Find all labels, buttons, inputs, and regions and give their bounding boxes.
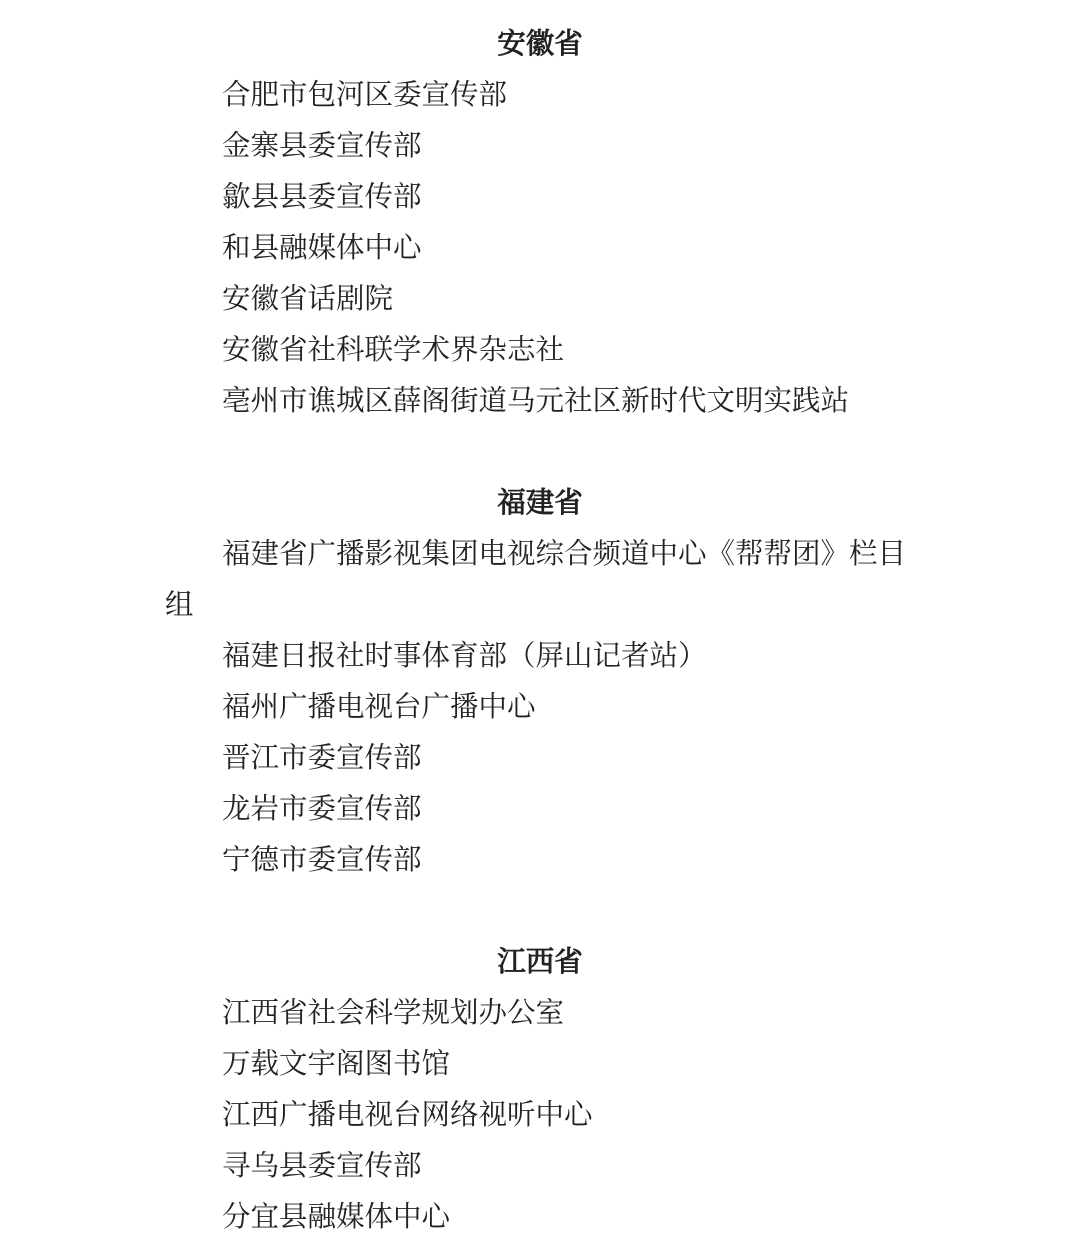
- organization-item: 歙县县委宣传部: [165, 172, 915, 223]
- province-heading: 福建省: [165, 478, 915, 529]
- organization-item: 亳州市谯城区薛阁街道马元社区新时代文明实践站: [165, 376, 915, 427]
- organization-item: 金寨县委宣传部: [165, 121, 915, 172]
- organization-item: 福建省广播影视集团电视综合频道中心《帮帮团》栏目组: [165, 529, 915, 631]
- organization-item: 合肥市包河区委宣传部: [165, 70, 915, 121]
- organization-item: 万载文宇阁图书馆: [165, 1039, 915, 1090]
- organization-item: 福建日报社时事体育部（屏山记者站）: [165, 631, 915, 682]
- organization-item: 福州广播电视台广播中心: [165, 682, 915, 733]
- organization-item: 和县融媒体中心: [165, 223, 915, 274]
- organization-item: 寻乌县委宣传部: [165, 1141, 915, 1192]
- province-heading: 江西省: [165, 937, 915, 988]
- organization-item: 安徽省话剧院: [165, 274, 915, 325]
- organization-item: 江西广播电视台网络视听中心: [165, 1090, 915, 1141]
- organization-item: 安徽省社科联学术界杂志社: [165, 325, 915, 376]
- organization-item: 晋江市委宣传部: [165, 733, 915, 784]
- organization-item: 分宜县融媒体中心: [165, 1192, 915, 1243]
- organization-item: 龙岩市委宣传部: [165, 784, 915, 835]
- organization-item: 江西省社会科学规划办公室: [165, 988, 915, 1039]
- document-page: 安徽省合肥市包河区委宣传部金寨县委宣传部歙县县委宣传部和县融媒体中心安徽省话剧院…: [0, 0, 1080, 1249]
- organization-item: 宁德市委宣传部: [165, 835, 915, 886]
- province-heading: 安徽省: [165, 19, 915, 70]
